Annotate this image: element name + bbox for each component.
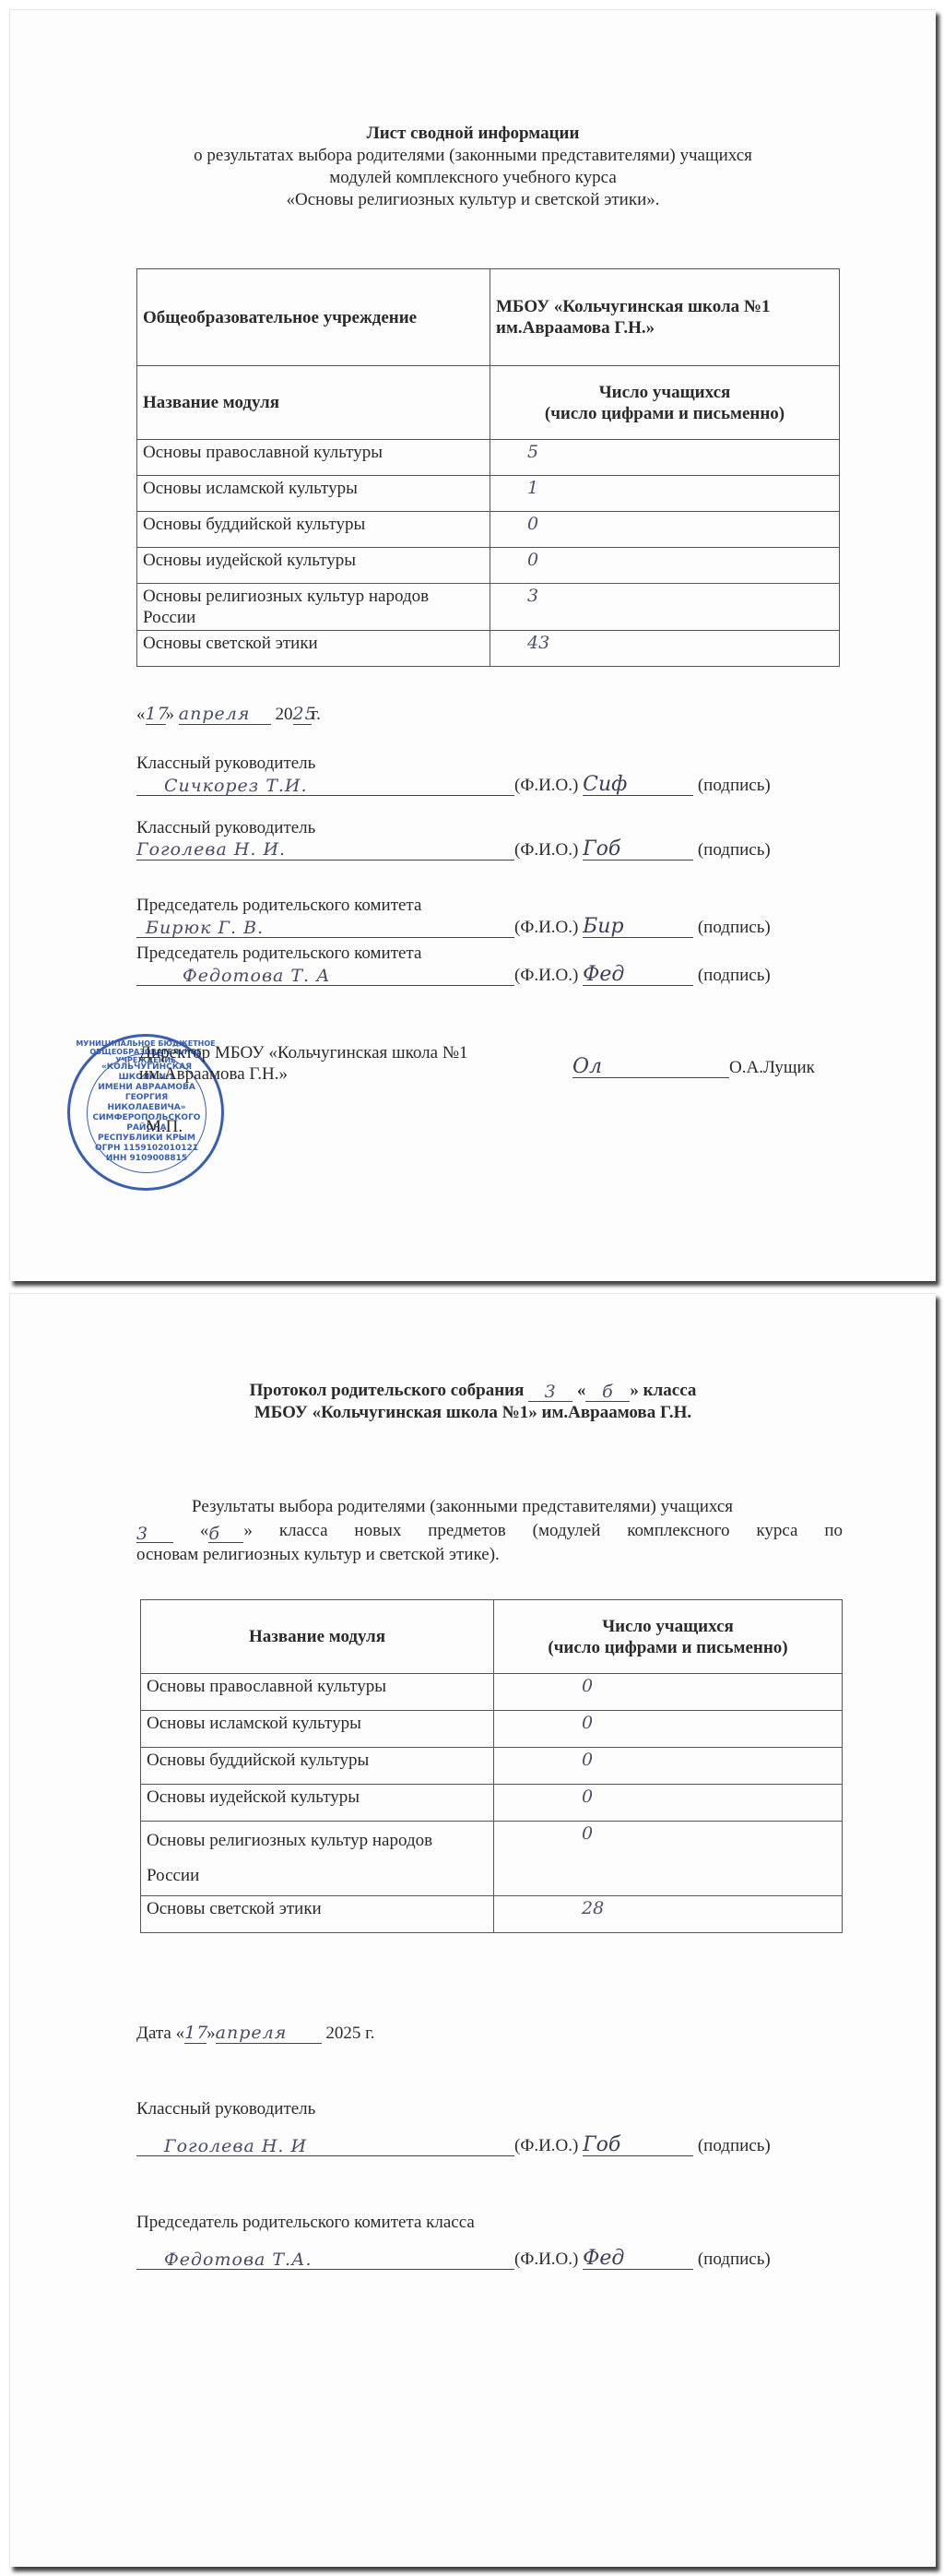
signatory-line: Гоголева Н. И.(Ф.И.О.) Гоб (подпись): [136, 839, 771, 861]
document-page-2: Протокол родительского собрания 3 «б» кл…: [9, 1293, 936, 2567]
signature: Бир: [583, 917, 693, 938]
director-name: О.А.Лущик: [729, 1058, 815, 1077]
signatory-line: Федотова Т.А.(Ф.И.О.) Фед (подпись): [136, 2249, 771, 2270]
signature: Гоб: [583, 839, 693, 861]
fio-label: (Ф.И.О.): [514, 2136, 578, 2155]
signature: Сиф: [583, 775, 693, 796]
date-day: 17: [146, 704, 166, 725]
signatory-name: Гоголева Н. И: [136, 2136, 514, 2156]
table-header-row: Название модуля Число учащихся (число ци…: [137, 366, 840, 440]
module-name: Основы иудейской культуры: [141, 1785, 494, 1822]
sign-label: (подпись): [698, 966, 771, 985]
date-month: апреля: [179, 704, 271, 725]
signatory-role: Председатель родительского комитета: [136, 944, 421, 964]
summary-header: Лист сводной информации о результатах вы…: [10, 123, 936, 211]
document-page-1: Лист сводной информации о результатах вы…: [9, 9, 936, 1281]
fio-label: (Ф.И.О.): [514, 2250, 578, 2269]
sign-label: (подпись): [698, 840, 771, 860]
module-name: Основы иудейской культуры: [137, 548, 490, 584]
date-label: Дата: [136, 2024, 171, 2043]
student-count: 0: [494, 1748, 843, 1785]
column-header-module: Название модуля: [141, 1600, 494, 1674]
intro-class-number: 3: [136, 1522, 173, 1543]
date-year-suffix: 25: [293, 704, 312, 725]
student-count: 43: [490, 631, 840, 667]
intro-class-letter: б: [208, 1522, 243, 1543]
class-letter: б: [585, 1381, 630, 1402]
column-header-count: Число учащихся (число цифрами и письменн…: [494, 1600, 843, 1674]
student-count: 0: [494, 1711, 843, 1748]
summary-table: Общеобразовательное учреждение МБОУ «Кол…: [136, 268, 840, 667]
student-count: 28: [494, 1896, 843, 1933]
table-row: Основы иудейской культуры 0: [141, 1785, 843, 1822]
protocol-table: Название модуля Число учащихся (число ци…: [140, 1599, 843, 1933]
signatory-role: Классный руководитель: [136, 818, 315, 838]
student-count: 0: [494, 1785, 843, 1822]
column-header-module: Название модуля: [137, 366, 490, 440]
mp-label: М.П.: [146, 1117, 183, 1137]
director-signature: Ол: [572, 1057, 729, 1078]
fio-label: (Ф.И.О.): [514, 776, 578, 795]
signature: Гоб: [583, 2135, 693, 2156]
summary-title: Лист сводной информации: [10, 123, 936, 145]
signatory-line: Бирюк Г. В.(Ф.И.О.) Бир (подпись): [136, 917, 771, 938]
signature: Фед: [583, 2249, 693, 2270]
institution-label: Общеобразовательное учреждение: [137, 269, 490, 366]
module-name: Основы религиозных культур народов Росси…: [137, 584, 490, 631]
signatory-name: Сичкорез Т.И.: [136, 776, 514, 796]
signatory-line: Сичкорез Т.И.(Ф.И.О.) Сиф (подпись): [136, 775, 771, 796]
table-row: Основы православной культуры 5: [137, 440, 840, 476]
signature: Фед: [583, 965, 693, 986]
sign-label: (подпись): [698, 918, 771, 937]
table-row: Основы религиозных культур народов Росси…: [141, 1822, 843, 1896]
class-number: 3: [528, 1381, 572, 1402]
student-count: 5: [490, 440, 840, 476]
signatory-line: Федотова Т. А(Ф.И.О.) Фед (подпись): [136, 965, 771, 986]
signatory-role: Классный руководитель: [136, 754, 315, 774]
table-row: Основы религиозных культур народов Росси…: [137, 584, 840, 631]
institution-row: Общеобразовательное учреждение МБОУ «Кол…: [137, 269, 840, 366]
table-row: Основы исламской культуры 0: [141, 1711, 843, 1748]
protocol-intro: Результаты выбора родителями (законными …: [136, 1495, 843, 1567]
director-signature-line: ОлО.А.Лущик: [572, 1057, 815, 1078]
summary-subtitle-line: «Основы религиозных культур и светской э…: [10, 189, 936, 211]
protocol-title-line1: Протокол родительского собрания 3 «б» кл…: [10, 1380, 936, 1402]
table-row: Основы светской этики 28: [141, 1896, 843, 1933]
institution-value: МБОУ «Кольчугинская школа №1 им.Авраамов…: [490, 269, 840, 366]
signatory-name: Гоголева Н. И.: [136, 839, 514, 861]
signatory-role: Председатель родительского комитета: [136, 896, 421, 916]
director-title-line1: Директор МБОУ «Кольчугинская школа №1: [139, 1043, 467, 1063]
signatory-name: Федотова Т. А: [136, 966, 514, 986]
student-count: 0: [494, 1822, 843, 1896]
signatory-name: Бирюк Г. В.: [136, 918, 514, 938]
fio-label: (Ф.И.О.): [514, 840, 578, 860]
module-name: Основы исламской культуры: [137, 476, 490, 512]
module-name: Основы православной культуры: [141, 1674, 494, 1711]
sign-label: (подпись): [698, 2250, 771, 2269]
student-count: 0: [490, 548, 840, 584]
signatory-name: Федотова Т.А.: [136, 2250, 514, 2270]
sign-label: (подпись): [698, 2136, 771, 2155]
signatory-role: Классный руководитель: [136, 2099, 315, 2119]
table-row: Основы буддийской культуры 0: [141, 1748, 843, 1785]
sign-label: (подпись): [698, 776, 771, 795]
student-count: 0: [490, 512, 840, 548]
fio-label: (Ф.И.О.): [514, 918, 578, 937]
fio-label: (Ф.И.О.): [514, 966, 578, 985]
module-name: Основы буддийской культуры: [141, 1748, 494, 1785]
protocol-header: Протокол родительского собрания 3 «б» кл…: [10, 1380, 936, 1424]
table-row: Основы исламской культуры 1: [137, 476, 840, 512]
date-year: 2025 г.: [325, 2024, 374, 2043]
summary-subtitle-line: о результатах выбора родителями (законны…: [10, 145, 936, 167]
date-month: апреля: [216, 2023, 322, 2044]
table-header-row: Название модуля Число учащихся (число ци…: [141, 1600, 843, 1674]
summary-subtitle-line: модулей комплексного учебного курса: [10, 167, 936, 189]
module-name: Основы светской этики: [141, 1896, 494, 1933]
table-row: Основы светской этики 43: [137, 631, 840, 667]
table-row: Основы православной культуры 0: [141, 1674, 843, 1711]
student-count: 1: [490, 476, 840, 512]
module-name: Основы православной культуры: [137, 440, 490, 476]
student-count: 0: [494, 1674, 843, 1711]
module-name: Основы светской этики: [137, 631, 490, 667]
date-day: 17: [184, 2023, 206, 2044]
module-name: Основы религиозных культур народов Росси…: [141, 1822, 494, 1896]
module-name: Основы исламской культуры: [141, 1711, 494, 1748]
signatory-line: Гоголева Н. И(Ф.И.О.) Гоб (подпись): [136, 2135, 771, 2156]
table-row: Основы иудейской культуры 0: [137, 548, 840, 584]
column-header-count: Число учащихся (число цифрами и письменн…: [490, 366, 840, 440]
signatory-role: Председатель родительского комитета клас…: [136, 2213, 475, 2233]
table-row: Основы буддийской культуры 0: [137, 512, 840, 548]
date-line: Дата «17»апреля 2025 г.: [136, 2023, 375, 2044]
module-name: Основы буддийской культуры: [137, 512, 490, 548]
director-title-line2: им.Авраамова Г.Н.»: [139, 1064, 288, 1085]
student-count: 3: [490, 584, 840, 631]
date-line: «17» апреля 2025г.: [136, 704, 321, 725]
protocol-title-line2: МБОУ «Кольчугинская школа №1» им.Авраамо…: [10, 1402, 936, 1424]
